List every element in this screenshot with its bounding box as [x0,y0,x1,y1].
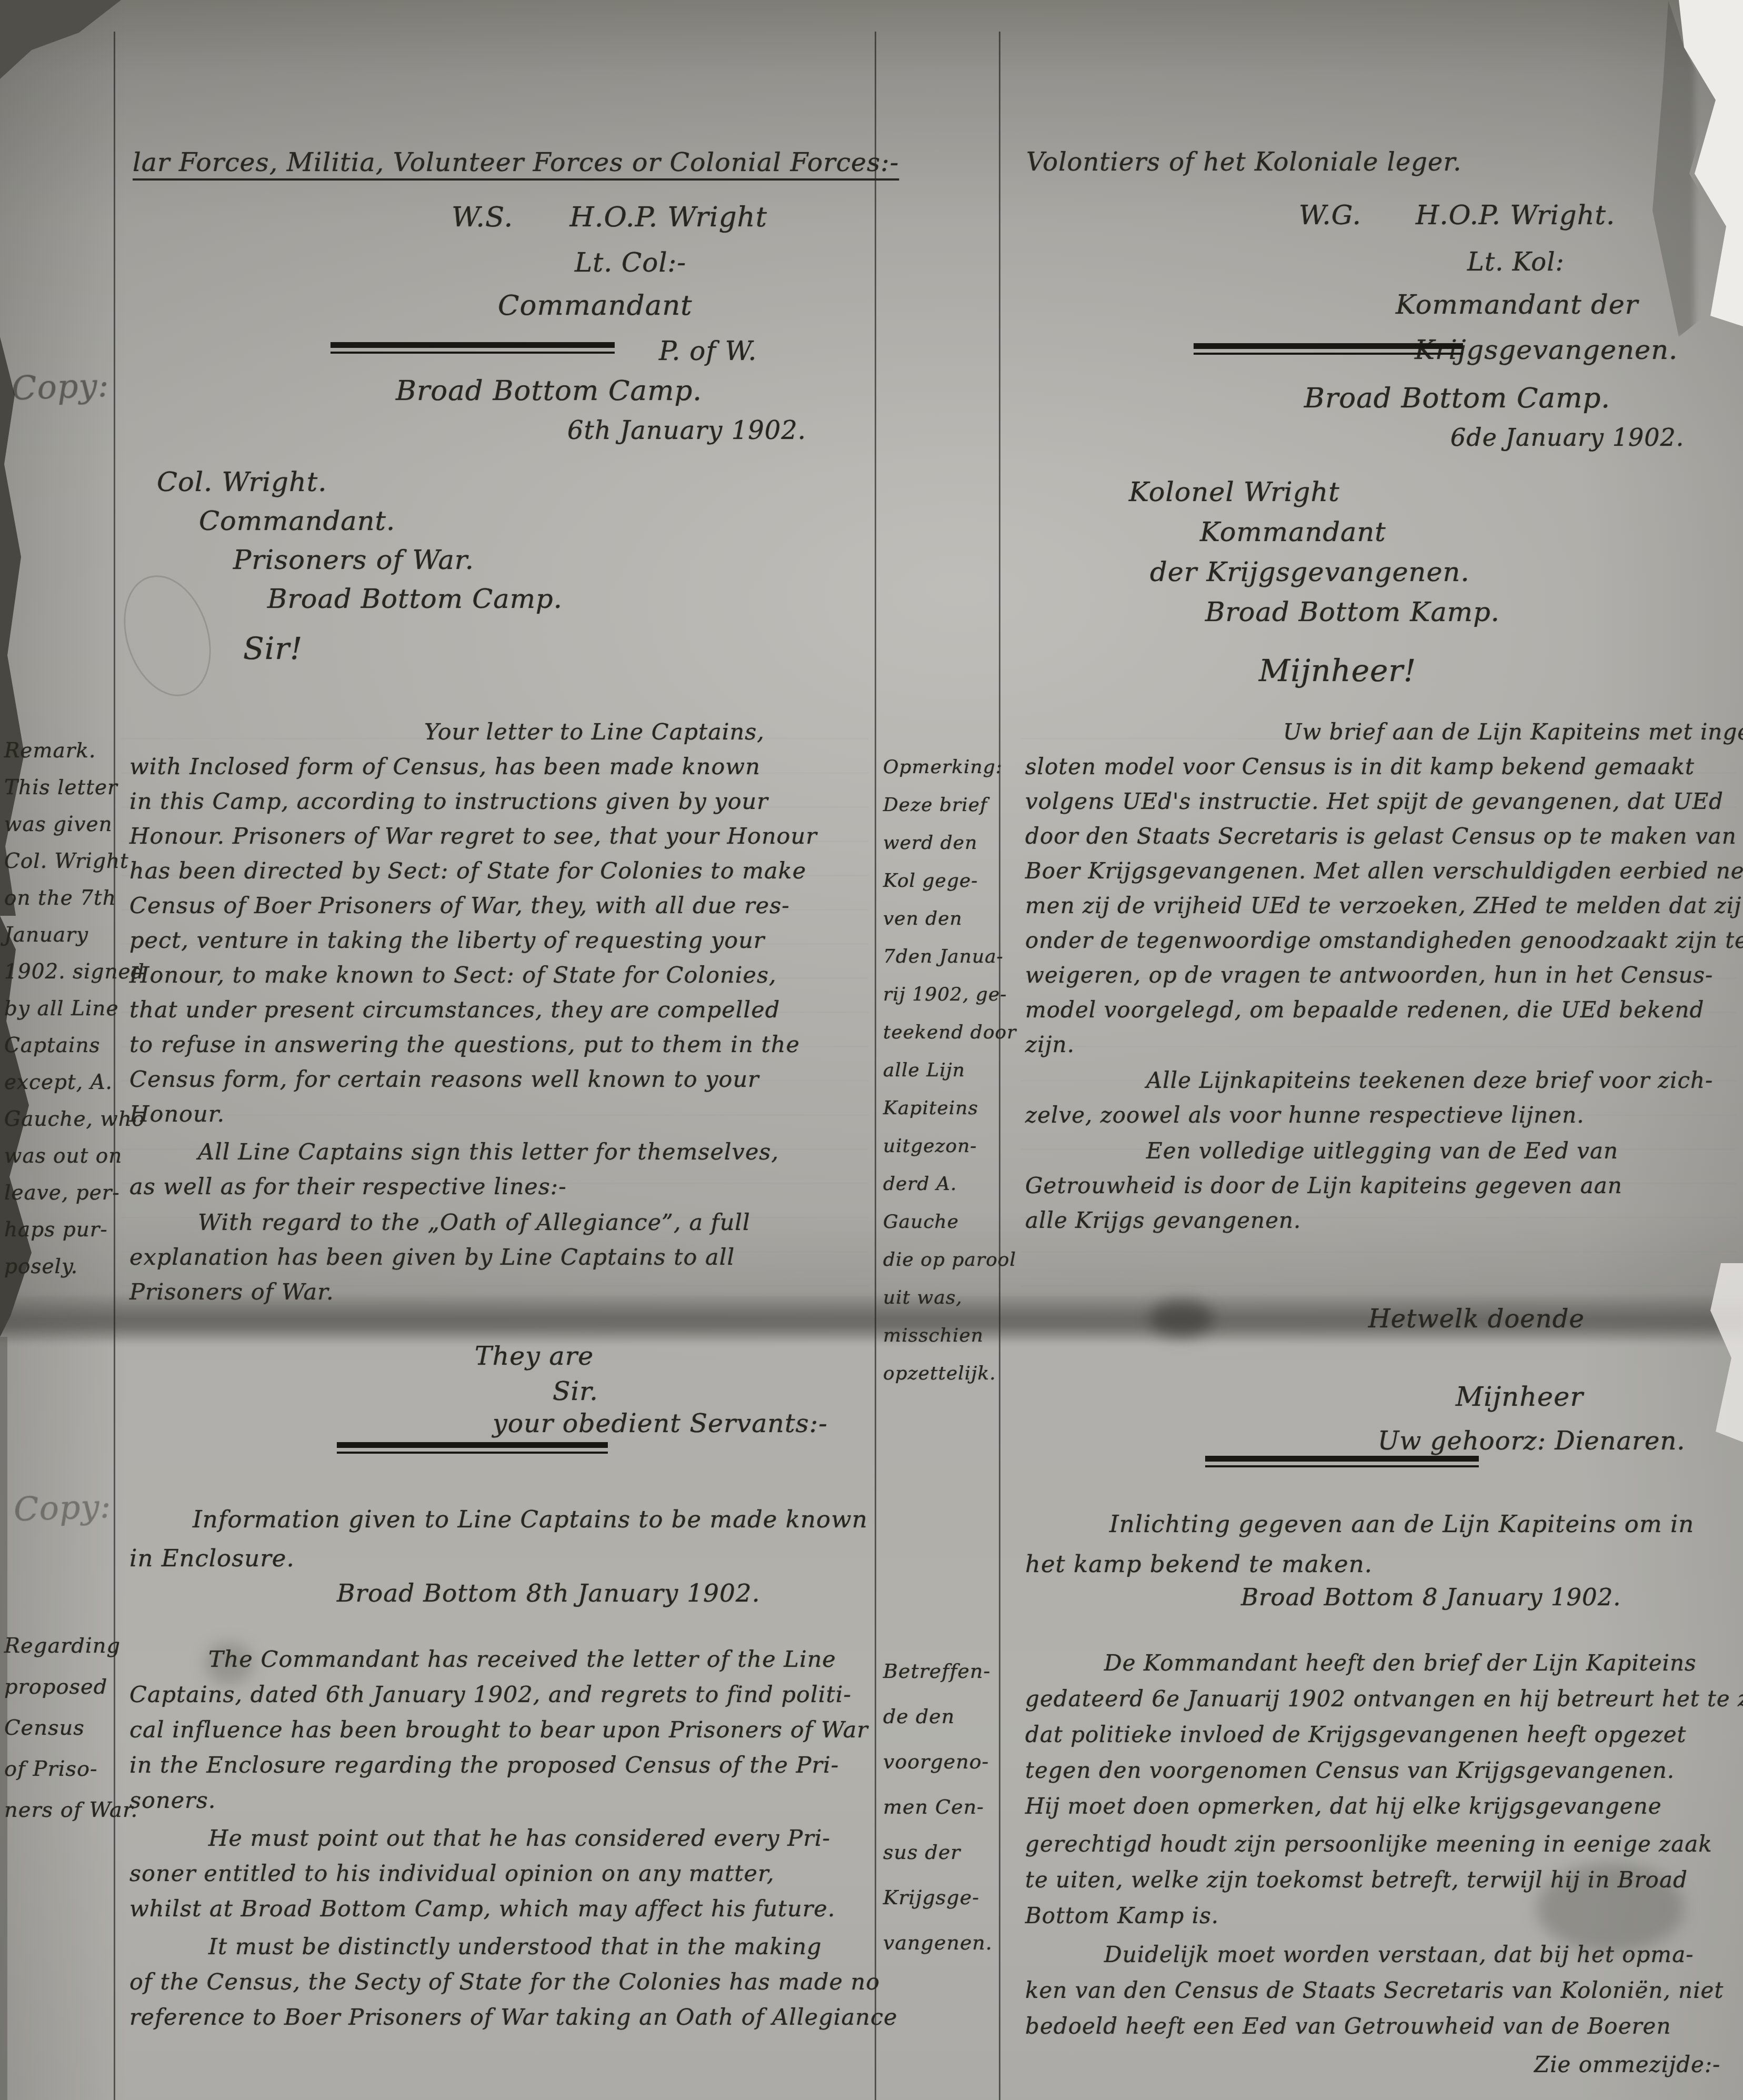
margin-rule-left [114,32,115,2100]
nl-date-2: Broad Bottom 8 January 1902. [1241,1583,1621,1611]
text-line: reference to Boer Prisoners of War takin… [129,2000,869,2035]
nl-role: Kommandant der [1396,289,1638,321]
text-line: model voorgelegd, om bepaalde redenen, d… [1025,993,1740,1027]
nl-address: Kolonel WrightKommandantder Krijgsgevang… [1129,473,1500,633]
text-line: men Cen- [883,1784,996,1829]
text-line: by all Line [4,991,113,1027]
nl-date: 6de January 1902. [1450,423,1684,452]
text-line: uit was, [883,1279,996,1317]
en-closing-servants: your obedient Servants:- [493,1408,828,1438]
en-header-forces-line: lar Forces, Militia, Volunteer Forces or… [133,147,899,177]
text-line: Col. Wright [4,843,113,880]
text-line: with Inclosed form of Census, has been m… [129,749,869,784]
en-role: Commandant [498,289,693,322]
text-line: Kol gege- [883,862,996,900]
text-line: Census [4,1707,113,1748]
text-line: weigeren, op de vragen te antwoorden, hu… [1025,958,1740,993]
text-line: door den Staats Secretaris is gelast Cen… [1025,819,1740,854]
text-line: Broad Bottom Camp. [267,580,563,619]
text-line: 1902. signed [4,954,113,991]
text-line: sus der [883,1829,996,1875]
text-line: Census form, for certain reasons well kn… [129,1062,869,1097]
en-body-paragraph-2: All Line Captains sign this letter for t… [129,1135,869,1204]
text-line: Gauche, who [4,1101,113,1138]
text-line: except, A. [4,1064,113,1101]
text-line: Honour. [129,1097,869,1132]
text-line: cal influence has been brought to bear u… [129,1713,869,1748]
en-closing-they-are: They are [475,1341,594,1371]
nl-header-rule [1194,343,1463,355]
text-line: opzettelijk. [883,1355,996,1393]
en-header-rule [330,342,615,354]
text-line: misschien [883,1317,996,1355]
en-body-paragraph-6: It must be distinctly understood that in… [129,1929,869,2035]
text-line: in this Camp, according to instructions … [129,784,869,819]
nl-closing-rule [1205,1456,1479,1467]
text-line: Regarding [4,1625,113,1666]
text-line: Captains [4,1027,113,1064]
text-line: whilst at Broad Bottom Camp, which may a… [129,1892,869,1927]
text-line: Kolonel Wright [1129,473,1500,513]
nl-closing-dienaren: Uw gehoorz: Dienaren. [1378,1426,1686,1456]
text-line: die op parool [883,1241,996,1279]
text-line: explanation has been given by Line Capta… [129,1240,869,1275]
nl-footer-zie-ommezijde: Zie ommezijde:- [1534,2052,1720,2077]
text-line: Krijgsge- [883,1875,996,1920]
text-line: pect, venture in taking the liberty of r… [129,923,869,958]
text-line: Betreffen- [883,1648,996,1694]
text-line: of the Census, the Secty of State for th… [129,1965,869,2000]
text-line: Bottom Kamp is. [1025,1898,1741,1934]
nl-body-paragraph-1: Uw brief aan de Lijn Kapiteins met inge-… [1025,715,1740,1062]
text-line: sloten model voor Census is in dit kamp … [1025,749,1740,784]
text-line: rij 1902, ge- [883,976,996,1014]
text-line: January [4,917,113,954]
text-line: Opmerking: [883,748,996,786]
text-line: te uiten, welke zijn toekomst betreft, t… [1025,1862,1741,1898]
nl-signature: W.G. H.O.P. Wright. [1299,200,1615,231]
margin-label-copy-top: Copy: [11,366,110,407]
nl-body-paragraph-2: Alle Lijnkapiteins teekenen deze brief v… [1025,1063,1740,1133]
nl-rank: Lt. Kol: [1467,247,1565,277]
text-line: that under present circumstances, they a… [129,993,869,1027]
text-line: Duidelijk moet worden verstaan, dat bij … [1025,1937,1741,1973]
text-line: in the Enclosure regarding the proposed … [129,1748,869,1783]
text-line: Gauche [883,1203,996,1241]
en-body-paragraph-3: With regard to the „Oath of Allegiance”,… [129,1205,869,1309]
scanned-letter-page: { "left_margin": { "copy_top": "Copy:", … [0,0,1743,2100]
text-line: was out on [4,1138,113,1175]
en-salutation: Sir! [243,631,303,666]
text-line: Broad Bottom Kamp. [1205,593,1500,633]
text-line: leave, per- [4,1175,113,1212]
text-line: volgens UEd's instructie. Het spijt de g… [1025,784,1740,819]
text-line: of Priso- [4,1748,113,1789]
text-line: Remark. [4,733,113,769]
text-line: uitgezon- [883,1127,996,1165]
ink-smudge [1150,1300,1213,1337]
text-line: Your letter to Line Captains, [129,715,869,749]
text-line: ven den [883,900,996,938]
text-line: ken van den Census de Staats Secretaris … [1025,1973,1741,2008]
text-line: This letter [4,769,113,806]
text-line: to refuse in answering the questions, pu… [129,1027,869,1062]
en-body-paragraph-5: He must point out that he has considered… [129,1821,869,1927]
text-line: Kommandant [1200,513,1500,553]
nl-body-paragraph-6: Duidelijk moet worden verstaan, dat bij … [1025,1937,1741,2044]
nl-salutation: Mijnheer! [1259,653,1416,688]
text-line: Boer Krijgsgevangenen. Met allen verschu… [1025,854,1740,888]
text-line: Prisoners of War. [129,1275,869,1309]
text-line: Hij moet doen opmerken, dat hij elke kri… [1025,1788,1741,1824]
text-line: in Enclosure. [129,1539,869,1578]
text-line: haps pur- [4,1212,113,1248]
nl-camp: Broad Bottom Camp. [1304,382,1610,414]
text-line: onder de tegenwoordige omstandigheden ge… [1025,923,1740,958]
text-line: gerechtigd houdt zijn persoonlijke meeni… [1025,1826,1741,1862]
en-closing-sir: Sir. [553,1376,598,1406]
nl-hetwelk-doende: Hetwelk doende [1368,1304,1585,1334]
en-address: Col. Wright.Commandant.Prisoners of War.… [157,463,563,619]
text-line: soner entitled to his individual opinion… [129,1856,869,1892]
text-line: soners. [129,1783,869,1818]
text-line: Deze brief [883,786,996,824]
text-line: Information given to Line Captains to be… [129,1500,869,1539]
text-line: With regard to the „Oath of Allegiance”,… [129,1205,869,1240]
en-date-2: Broad Bottom 8th January 1902. [337,1579,760,1608]
text-line: zijn. [1025,1027,1740,1062]
text-line: tegen den voorgenomen Census van Krijgsg… [1025,1753,1741,1788]
nl-info-note: Inlichting gegeven aan de Lijn Kapiteins… [1025,1504,1740,1584]
margin-label-copy-bottom: Copy: [13,1487,112,1528]
text-line: men zij de vrijheid UEd te verzoeken, ZH… [1025,888,1740,923]
text-line: proposed [4,1666,113,1707]
text-line: gedateerd 6e Januarij 1902 ontvangen en … [1025,1681,1741,1717]
text-line: Getrouwheid is door de Lijn kapiteins ge… [1025,1168,1740,1203]
column-rule-center-left [875,32,876,2100]
margin-note-opmerking: Opmerking:Deze briefwerd denKol gege-ven… [883,748,996,1393]
text-line: Alle Lijnkapiteins teekenen deze brief v… [1025,1063,1740,1098]
text-line: as well as for their respective lines:- [129,1169,869,1204]
text-line: Col. Wright. [157,463,563,502]
text-line: werd den [883,824,996,862]
text-line: Inlichting gegeven aan de Lijn Kapiteins… [1025,1504,1740,1544]
margin-note-betreffende: Betreffen-de denvoorgeno-men Cen-sus der… [883,1648,996,1965]
nl-body-paragraph-4: De Kommandant heeft den brief der Lijn K… [1025,1645,1741,1824]
text-line: posely. [4,1248,113,1285]
text-line: Honour. Prisoners of War regret to see, … [129,819,869,854]
en-info-note: Information given to Line Captains to be… [129,1500,869,1578]
text-line: The Commandant has received the letter o… [129,1642,869,1677]
text-line: het kamp bekend te maken. [1025,1544,1740,1584]
text-line: Kapiteins [883,1089,996,1127]
nl-header-forces-line: Volontiers of het Koloniale leger. [1026,147,1461,177]
nl-closing-mijnheer: Mijnheer [1456,1382,1584,1413]
text-line: der Krijgsgevangenen. [1150,553,1500,593]
text-line: has been directed by Sect: of State for … [129,854,869,888]
text-line: bedoeld heeft een Eed van Getrouwheid va… [1025,2008,1741,2044]
text-line: Prisoners of War. [233,541,563,580]
en-date: 6th January 1902. [567,416,806,445]
text-line: derd A. [883,1165,996,1203]
text-line: 7den Janua- [883,938,996,976]
nl-body-paragraph-5: gerechtigd houdt zijn persoonlijke meeni… [1025,1826,1741,1934]
text-line: Een volledige uitlegging van de Eed van [1025,1134,1740,1168]
en-camp: Broad Bottom Camp. [396,375,702,407]
text-line: teekend door [883,1014,996,1052]
nl-body-paragraph-3: Een volledige uitlegging van de Eed vanG… [1025,1134,1740,1238]
text-line: Captains, dated 6th January 1902, and re… [129,1677,869,1713]
en-closing-rule [337,1442,608,1454]
text-line: alle Lijn [883,1052,996,1089]
en-body-paragraph-1: Your letter to Line Captains,with Inclos… [129,715,869,1132]
text-line: voorgeno- [883,1739,996,1784]
margin-note-regarding: RegardingproposedCensusof Priso-ners of … [4,1625,113,1831]
text-line: All Line Captains sign this letter for t… [129,1135,869,1169]
en-body-paragraph-4: The Commandant has received the letter o… [129,1642,869,1818]
text-line: vangenen. [883,1920,996,1965]
text-line: was given [4,806,113,843]
text-line: Commandant. [199,502,563,541]
text-line: de den [883,1694,996,1739]
text-line: Census of Boer Prisoners of War, they, w… [129,888,869,923]
text-line: ners of War. [4,1789,113,1831]
text-line: alle Krijgs gevangenen. [1025,1203,1740,1238]
text-line: De Kommandant heeft den brief der Lijn K… [1025,1645,1741,1681]
en-signature: W.S. H.O.P. Wright [452,201,767,233]
text-line: He must point out that he has considered… [129,1821,869,1856]
en-pow: P. of W. [659,336,757,366]
en-rank: Lt. Col:- [575,247,686,278]
text-line: on the 7th [4,880,113,917]
text-line: zelve, zoowel als voor hunne respectieve… [1025,1098,1740,1133]
margin-note-remark: Remark.This letterwas givenCol. Wrighton… [4,733,113,1285]
column-rule-center-right [999,32,1000,2100]
text-line: Uw brief aan de Lijn Kapiteins met inge- [1025,715,1740,749]
text-line: dat politieke invloed de Krijgsgevangene… [1025,1717,1741,1753]
text-line: Honour, to make known to Sect: of State … [129,958,869,993]
text-line: It must be distinctly understood that in… [129,1929,869,1965]
